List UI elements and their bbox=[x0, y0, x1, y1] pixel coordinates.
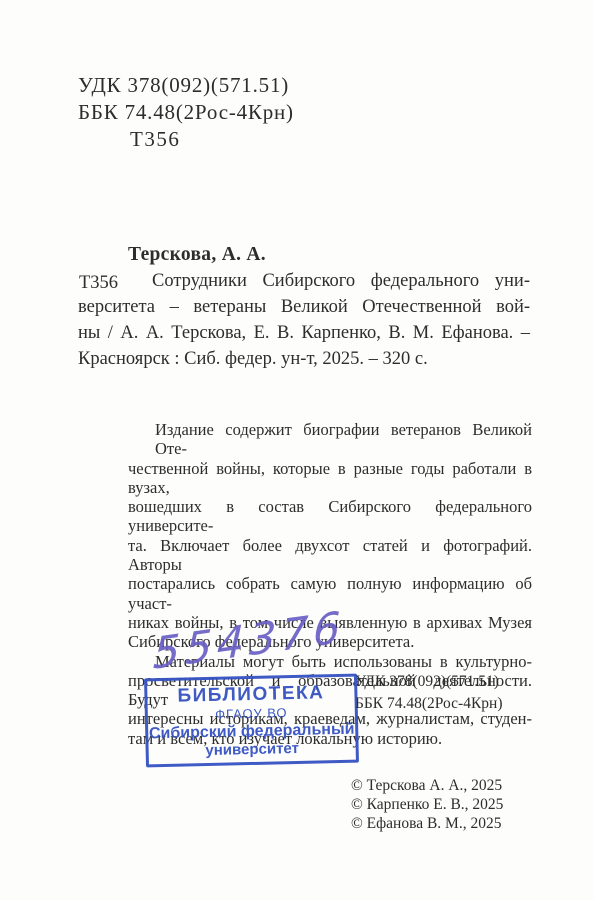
copyright-block: © Терскова А. А., 2025 © Карпенко Е. В.,… bbox=[351, 776, 503, 834]
catalog-line: Красноярск : Сиб. федер. ун-т, 2025. – 3… bbox=[78, 346, 530, 372]
bbk-header: ББК 74.48(2Рос-4Крн) bbox=[78, 99, 294, 126]
catalog-entry: Терскова, А. А. Т356 Сотрудники Сибирско… bbox=[78, 241, 530, 372]
catalog-line: верситета – ветераны Великой Отечественн… bbox=[78, 294, 530, 320]
udk-footer: УДК 378(092)(571.51) bbox=[355, 671, 503, 693]
annotation-line: вошедших в состав Сибирского федеральног… bbox=[128, 497, 532, 536]
annotation-line: Издание содержит биографии ветеранов Вел… bbox=[128, 420, 532, 459]
footer-catalog-codes: УДК 378(092)(571.51) ББК 74.48(2Рос-4Крн… bbox=[355, 671, 503, 714]
entry-code: Т356 bbox=[79, 270, 118, 296]
bbk-footer: ББК 74.48(2Рос-4Крн) bbox=[355, 693, 503, 715]
copyright-line: © Терскова А. А., 2025 bbox=[351, 776, 503, 795]
udk-header: УДК 378(092)(571.51) bbox=[78, 72, 294, 99]
annotation-line: та. Включает более двухсот статей и фото… bbox=[128, 536, 532, 575]
library-stamp: БИБЛИОТЕКА ФГАОУ ВО Сибирский федеральны… bbox=[144, 674, 359, 768]
catalog-line: Сотрудники Сибирского федерального уни- bbox=[78, 268, 530, 294]
copyright-line: © Ефанова В. М., 2025 bbox=[351, 814, 503, 833]
catalog-line: ны / А. А. Терскова, Е. В. Карпенко, В. … bbox=[78, 320, 530, 346]
annotation-line: чественной войны, которые в разные годы … bbox=[128, 459, 532, 498]
header-catalog-codes: УДК 378(092)(571.51) ББК 74.48(2Рос-4Крн… bbox=[78, 72, 294, 153]
author-heading: Терскова, А. А. bbox=[78, 241, 530, 268]
author-code-header: Т356 bbox=[78, 126, 294, 153]
book-imprint-page: УДК 378(092)(571.51) ББК 74.48(2Рос-4Крн… bbox=[0, 0, 594, 900]
stamp-line-library: БИБЛИОТЕКА bbox=[147, 682, 354, 709]
copyright-line: © Карпенко Е. В., 2025 bbox=[351, 795, 503, 814]
